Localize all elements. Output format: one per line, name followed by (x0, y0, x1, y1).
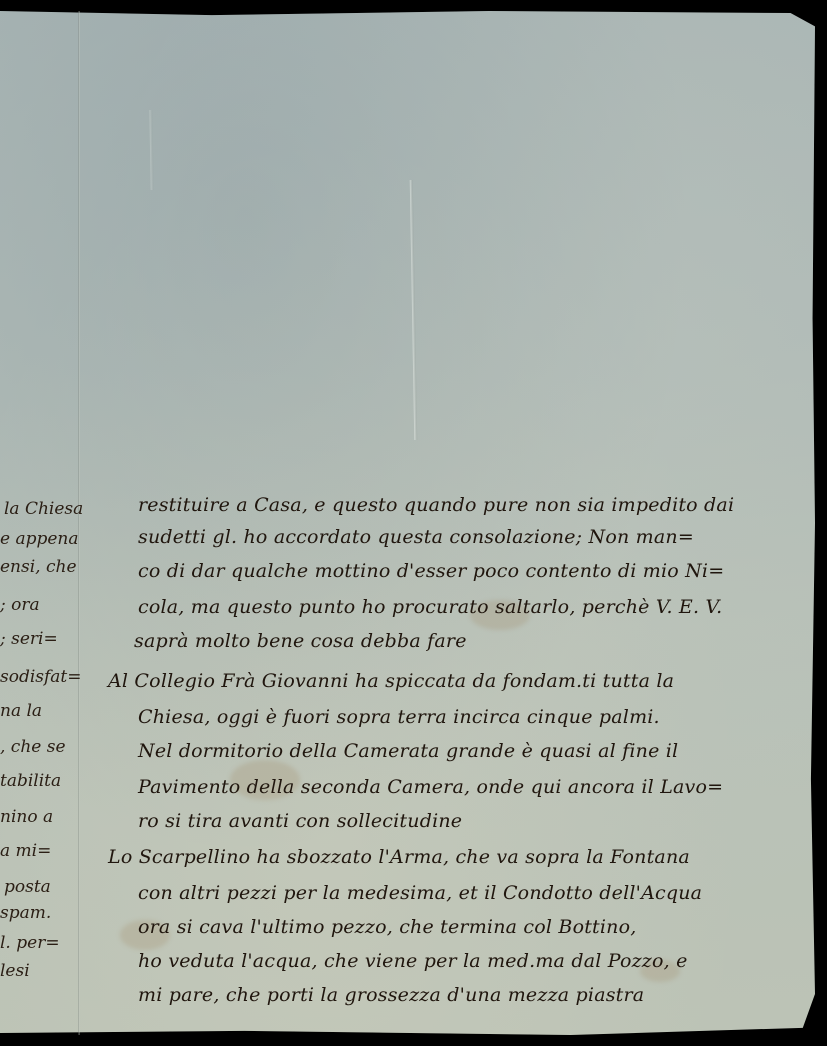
fragment-line: spam. (0, 896, 51, 930)
fragment-line: ; seri= (0, 622, 58, 656)
manuscript-line: cola, ma questo punto ho procurato salta… (138, 596, 722, 618)
fragment-line: tabilita (0, 764, 61, 798)
manuscript-line: saprà molto bene cosa debba fare (134, 630, 467, 652)
fragment-line: ; ora (0, 588, 40, 622)
manuscript-line: ro si tira avanti con sollecitudine (138, 810, 462, 832)
manuscript-line: Pavimento della seconda Camera, onde qui… (138, 776, 723, 798)
manuscript-scan: la Chiesa e appena ensi, che ; ora ; ser… (0, 0, 827, 1046)
manuscript-line: ora si cava l'ultimo pezzo, che termina … (138, 916, 636, 938)
fragment-line: lesi (0, 954, 30, 988)
fragment-line: a mi= (0, 834, 51, 868)
manuscript-line: co di dar qualche mottino d'esser poco c… (138, 560, 724, 582)
manuscript-line: sudetti gl. ho accordato questa consolaz… (138, 526, 694, 548)
manuscript-line: con altri pezzi per la medesima, et il C… (138, 882, 702, 904)
fragment-line: na la (0, 694, 42, 728)
fragment-line: la Chiesa (4, 492, 83, 526)
manuscript-line: restituire a Casa, e questo quando pure … (138, 494, 734, 516)
fragment-line: sodisfat= (0, 660, 82, 694)
manuscript-line: Chiesa, oggi è fuori sopra terra incirca… (138, 706, 660, 728)
manuscript-line: mi pare, che porti la grossezza d'una me… (138, 984, 644, 1006)
manuscript-line: Lo Scarpellino ha sbozzato l'Arma, che v… (108, 846, 690, 868)
manuscript-line: Al Collegio Frà Giovanni ha spiccata da … (108, 670, 674, 692)
fragment-line: , che se (0, 730, 66, 764)
fragment-line: nino a (0, 800, 53, 834)
manuscript-line: Nel dormitorio della Camerata grande è q… (138, 740, 678, 762)
fragment-line: ensi, che (0, 550, 77, 584)
manuscript-line: ho veduta l'acqua, che viene per la med.… (138, 950, 688, 972)
